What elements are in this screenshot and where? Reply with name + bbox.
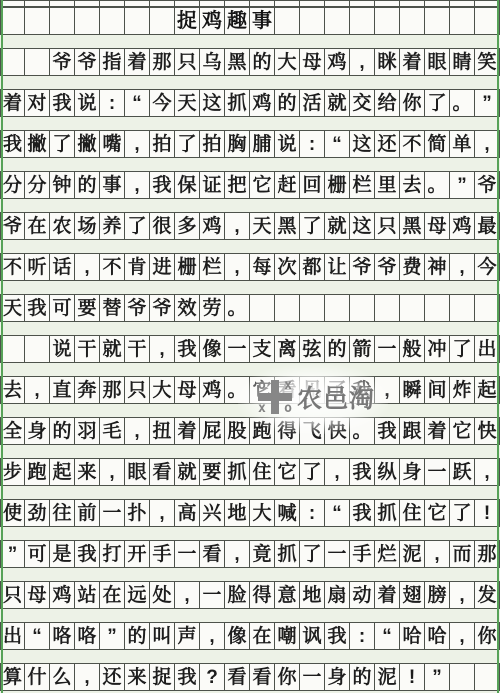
- grid-cell: 冲: [425, 335, 450, 363]
- grid-cell: [275, 0, 300, 7]
- grid-cell: 还: [375, 130, 400, 158]
- grid-cell: 的: [275, 89, 300, 117]
- grid-cell: [450, 0, 475, 7]
- grid-cell: 扭: [150, 417, 175, 445]
- grid-cell: 脸: [225, 581, 250, 609]
- grid-cell: ,: [350, 48, 375, 76]
- grid-cell: 很: [150, 212, 175, 240]
- grid-cell: 农: [50, 212, 75, 240]
- grid-cell: 鸡: [200, 376, 225, 404]
- grid-cell: [275, 7, 300, 35]
- grid-cell: 进: [150, 253, 175, 281]
- grid-cell: 只: [375, 212, 400, 240]
- grid-cell: ”: [450, 171, 475, 199]
- grid-cell: [150, 0, 175, 7]
- grid-cell: 拍: [200, 130, 225, 158]
- grid-cell: 爷: [0, 212, 25, 240]
- grid-cell: 钟: [50, 171, 75, 199]
- grid-cell: ,: [450, 253, 475, 281]
- grid-cell: [200, 0, 225, 7]
- grid-cell: ,: [75, 253, 100, 281]
- grid-cell: 费: [400, 253, 425, 281]
- text-row: 说干就干,我像一支离弦的箭一般冲了出: [0, 335, 500, 363]
- text-row: 爷在农场养了很多鸡,天黑了就这只黑母鸡最: [0, 212, 500, 240]
- grid-cell: [375, 7, 400, 35]
- grid-cell: 了: [425, 89, 450, 117]
- grid-cell: 回: [300, 171, 325, 199]
- grid-cell: 看: [150, 458, 175, 486]
- grid-cell: 得: [275, 417, 300, 445]
- title-cell: 鸡: [200, 7, 225, 35]
- grid-cell: 住: [400, 499, 425, 527]
- row-spacer: [0, 363, 500, 376]
- grid-cell: 着: [0, 89, 25, 117]
- grid-cell: 泥: [375, 663, 400, 691]
- grid-cell: 咯: [75, 622, 100, 650]
- grid-cell: 意: [275, 581, 300, 609]
- grid-cell: 大: [275, 48, 300, 76]
- text-row: 只母鸡站在远处,一脸得意地扇动着翅膀,发: [0, 581, 500, 609]
- grid-cell: 它: [425, 499, 450, 527]
- grid-cell: 讽: [300, 622, 325, 650]
- grid-cell: 跑: [250, 417, 275, 445]
- grid-cell: 给: [375, 89, 400, 117]
- grid-cell: 只: [125, 376, 150, 404]
- grid-cell: 羽: [75, 417, 100, 445]
- grid-cell: [350, 0, 375, 7]
- grid-cell: 直: [50, 376, 75, 404]
- grid-cell: 毛: [100, 417, 125, 445]
- grid-cell: 多: [175, 212, 200, 240]
- title-cell: 趣: [225, 7, 250, 35]
- grid-cell: 一: [325, 540, 350, 568]
- grid-cell: 只: [175, 48, 200, 76]
- grid-cell: [350, 294, 375, 322]
- text-row: 去,直奔那只大母鸡。它看见了我,瞬间炸起: [0, 376, 500, 404]
- grid-cell: 每: [250, 253, 275, 281]
- grid-cell: 弦: [300, 335, 325, 363]
- grid-cell: ”: [100, 622, 125, 650]
- grid-cell: ,: [125, 417, 150, 445]
- grid-cell: 撇: [75, 130, 100, 158]
- grid-cell: 了: [125, 212, 150, 240]
- grid-cell: 它: [275, 458, 300, 486]
- grid-cell: 说: [275, 130, 300, 158]
- grid-cell: ,: [425, 540, 450, 568]
- grid-cell: 的: [350, 663, 375, 691]
- grid-cell: 扇: [325, 581, 350, 609]
- grid-cell: [125, 7, 150, 35]
- title-cell: 事: [250, 7, 275, 35]
- grid-cell: [400, 294, 425, 322]
- grid-cell: :: [300, 130, 325, 158]
- grid-cell: ,: [125, 171, 150, 199]
- grid-cell: 去: [400, 171, 425, 199]
- grid-cell: 把: [225, 171, 250, 199]
- grid-cell: 看: [225, 663, 250, 691]
- grid-cell: 的: [50, 417, 75, 445]
- grid-cell: 黑: [400, 212, 425, 240]
- grid-cell: 鸡: [250, 89, 275, 117]
- grid-cell: 不: [400, 130, 425, 158]
- grid-cell: 打: [100, 540, 125, 568]
- grid-cell: 炸: [450, 376, 475, 404]
- grid-cell: 天: [0, 294, 25, 322]
- row-spacer: [0, 527, 500, 540]
- row-spacer: [0, 650, 500, 663]
- grid-cell: 鸡: [200, 212, 225, 240]
- grid-cell: 不: [0, 253, 25, 281]
- grid-cell: 咯: [50, 622, 75, 650]
- watermark-logo-icon: o x x o: [258, 380, 292, 414]
- grid-cell: 让: [325, 253, 350, 281]
- grid-cell: 眼: [125, 458, 150, 486]
- grid-cell: 分: [0, 171, 25, 199]
- grid-cell: 天: [250, 212, 275, 240]
- watermark: o x x o 农邑淘: [258, 378, 375, 416]
- text-row: 着对我说:“今天这抓鸡的活就交给你了。”: [0, 89, 500, 117]
- grid-cell: 往: [50, 499, 75, 527]
- grid-cell: [0, 48, 25, 76]
- grid-cell: 都: [300, 253, 325, 281]
- grid-cell: 纵: [375, 458, 400, 486]
- grid-cell: 了: [50, 130, 75, 158]
- grid-cell: 的: [250, 48, 275, 76]
- row-spacer: [0, 281, 500, 294]
- grid-cell: 眼: [425, 48, 450, 76]
- grid-cell: 般: [400, 335, 425, 363]
- grid-cell: ,: [225, 253, 250, 281]
- grid-cell: 。: [450, 89, 475, 117]
- grid-cell: 快: [325, 417, 350, 445]
- grid-cell: 使: [0, 499, 25, 527]
- row-spacer: [0, 322, 500, 335]
- logo-letter: x: [258, 402, 266, 415]
- grid-cell: 我: [150, 171, 175, 199]
- grid-cell: 乌: [200, 48, 225, 76]
- grid-cell: 在: [250, 622, 275, 650]
- grid-cell: [100, 7, 125, 35]
- text-row: ”可是我打开手一看,竟抓了一手烂泥,而那: [0, 540, 500, 568]
- text-row: 步跑起来,眼看就要抓住它了,我纵身一跃,: [0, 458, 500, 486]
- grid-cell: 干: [75, 335, 100, 363]
- row-spacer: [0, 486, 500, 499]
- grid-cell: 我: [25, 294, 50, 322]
- grid-cell: !: [400, 663, 425, 691]
- grid-cell: [0, 335, 25, 363]
- grid-cell: 来: [75, 458, 100, 486]
- grid-cell: 飞: [300, 417, 325, 445]
- grid-cell: 我: [350, 499, 375, 527]
- grid-cell: :: [350, 622, 375, 650]
- grid-cell: 股: [225, 417, 250, 445]
- grid-cell: 神: [425, 253, 450, 281]
- grid-cell: 步: [0, 458, 25, 486]
- grid-cell: 单: [450, 130, 475, 158]
- right-margin-line: [497, 0, 499, 693]
- grid-cell: 看: [200, 540, 225, 568]
- row-spacer: [0, 199, 500, 212]
- grid-cell: 抓: [275, 540, 300, 568]
- grid-cell: 着: [175, 417, 200, 445]
- grid-cell: 劳: [200, 294, 225, 322]
- grid-cell: 它: [450, 417, 475, 445]
- grid-cell: 我: [350, 458, 375, 486]
- grid-cell: 声: [175, 622, 200, 650]
- text-row: 爷爷指着那只乌黑的大母鸡,眯着眼睛笑: [0, 48, 500, 76]
- grid-cell: 叫: [150, 622, 175, 650]
- grid-cell: 交: [350, 89, 375, 117]
- grid-cell: 栏: [350, 171, 375, 199]
- row-spacer: [0, 35, 500, 48]
- composition-grid: 捉鸡趣事爷爷指着那只乌黑的大母鸡,眯着眼睛笑着对我说:“今天这抓鸡的活就交给你了…: [0, 0, 500, 693]
- grid-cell: 就: [325, 212, 350, 240]
- grid-cell: 泥: [400, 540, 425, 568]
- grid-cell: 了: [450, 335, 475, 363]
- grid-cell: 我: [175, 335, 200, 363]
- grid-cell: 活: [300, 89, 325, 117]
- text-row: 出“咯咯”的叫声,像在嘲讽我:“哈哈,你: [0, 622, 500, 650]
- grid-cell: 离: [275, 335, 300, 363]
- grid-cell: 栅: [175, 253, 200, 281]
- grid-cell: 跑: [25, 458, 50, 486]
- text-row: 全身的羽毛,扭着屁股跑得飞快。我跟着它快: [0, 417, 500, 445]
- grid-cell: 看: [250, 663, 275, 691]
- grid-cell: [225, 0, 250, 7]
- grid-cell: 是: [50, 540, 75, 568]
- grid-cell: 我: [75, 540, 100, 568]
- grid-cell: 拍: [150, 130, 175, 158]
- partial-top-row: [0, 0, 500, 7]
- text-row: 使劲往前一扑,高兴地大喊:“我抓住它了!: [0, 499, 500, 527]
- grid-cell: 我: [175, 663, 200, 691]
- grid-cell: 哈: [400, 622, 425, 650]
- grid-cell: 一: [300, 663, 325, 691]
- grid-cell: 。: [225, 294, 250, 322]
- grid-cell: 抓: [225, 458, 250, 486]
- row-spacer: [0, 240, 500, 253]
- grid-cell: 得: [250, 581, 275, 609]
- grid-cell: 简: [425, 130, 450, 158]
- grid-cell: 里: [375, 171, 400, 199]
- grid-cell: 说: [75, 89, 100, 117]
- grid-cell: [75, 0, 100, 7]
- grid-cell: 竟: [250, 540, 275, 568]
- grid-cell: 远: [125, 581, 150, 609]
- grid-cell: 一: [175, 540, 200, 568]
- text-row: 我撇了撇嘴,拍了拍胸脯说:“这还不简单,: [0, 130, 500, 158]
- grid-cell: 保: [175, 171, 200, 199]
- grid-cell: [325, 0, 350, 7]
- composition-paper-photo: 捉鸡趣事爷爷指着那只乌黑的大母鸡,眯着眼睛笑着对我说:“今天这抓鸡的活就交给你了…: [0, 0, 500, 693]
- grid-cell: 算: [0, 663, 25, 691]
- grid-cell: 抓: [225, 89, 250, 117]
- grid-cell: 爷: [125, 294, 150, 322]
- grid-cell: 撇: [25, 130, 50, 158]
- grid-cell: 这: [350, 130, 375, 158]
- grid-cell: 你: [400, 89, 425, 117]
- text-row: 算什么,还来捉我?看看你一身的泥!”: [0, 663, 500, 691]
- grid-cell: 了: [175, 130, 200, 158]
- grid-cell: 扑: [125, 499, 150, 527]
- grid-cell: ,: [150, 499, 175, 527]
- grid-cell: 母: [175, 376, 200, 404]
- grid-cell: [50, 7, 75, 35]
- grid-cell: 次: [275, 253, 300, 281]
- grid-cell: 我: [325, 622, 350, 650]
- grid-cell: 鸡: [50, 581, 75, 609]
- grid-cell: 养: [100, 212, 125, 240]
- grid-cell: [250, 294, 275, 322]
- grid-cell: 身: [400, 458, 425, 486]
- grid-cell: 肯: [125, 253, 150, 281]
- grid-cell: “: [375, 622, 400, 650]
- grid-cell: [375, 294, 400, 322]
- row-spacer: [0, 158, 500, 171]
- grid-cell: [250, 0, 275, 7]
- grid-cell: ,: [225, 540, 250, 568]
- grid-cell: 指: [100, 48, 125, 76]
- grid-cell: [300, 7, 325, 35]
- logo-letter: o: [284, 402, 292, 415]
- grid-cell: 替: [100, 294, 125, 322]
- row-spacer: [0, 117, 500, 130]
- grid-cell: [275, 294, 300, 322]
- left-margin-line: [1, 0, 3, 693]
- grid-cell: 跃: [450, 458, 475, 486]
- grid-cell: 。: [350, 417, 375, 445]
- grid-cell: 什: [25, 663, 50, 691]
- grid-cell: 只: [0, 581, 25, 609]
- grid-cell: 黑: [225, 48, 250, 76]
- grid-cell: :: [300, 499, 325, 527]
- text-row: 分分钟的事,我保证把它赶回栅栏里去。”爷: [0, 171, 500, 199]
- grid-cell: 去: [0, 376, 25, 404]
- grid-cell: [450, 294, 475, 322]
- grid-cell: 眯: [375, 48, 400, 76]
- grid-cell: ,: [450, 622, 475, 650]
- grid-cell: [100, 0, 125, 7]
- plus-icon: [271, 380, 279, 414]
- grid-cell: 母: [425, 212, 450, 240]
- grid-cell: “: [125, 89, 150, 117]
- title-cell: 捉: [175, 7, 200, 35]
- row-spacer: [0, 404, 500, 417]
- text-row: 不听话,不肯进栅栏,每次都让爷爷费神,今: [0, 253, 500, 281]
- grid-cell: 那: [150, 48, 175, 76]
- grid-cell: 爷: [150, 294, 175, 322]
- grid-cell: ,: [375, 376, 400, 404]
- grid-cell: [75, 7, 100, 35]
- grid-cell: 在: [25, 212, 50, 240]
- grid-cell: 喊: [275, 499, 300, 527]
- grid-cell: 这: [200, 89, 225, 117]
- grid-cell: 膀: [425, 581, 450, 609]
- grid-cell: ,: [200, 622, 225, 650]
- grid-cell: 天: [175, 89, 200, 117]
- grid-cell: 栅: [325, 171, 350, 199]
- grid-cell: [0, 0, 25, 7]
- grid-cell: 烂: [375, 540, 400, 568]
- grid-cell: [450, 663, 475, 691]
- logo-letter: o: [258, 379, 266, 392]
- grid-cell: 瞬: [400, 376, 425, 404]
- grid-cell: 就: [175, 458, 200, 486]
- grid-cell: 的: [125, 622, 150, 650]
- grid-cell: 前: [75, 499, 100, 527]
- grid-cell: 我: [375, 417, 400, 445]
- grid-cell: ,: [450, 581, 475, 609]
- grid-cell: 奔: [75, 376, 100, 404]
- grid-cell: ,: [125, 130, 150, 158]
- grid-cell: [325, 7, 350, 35]
- grid-cell: [25, 0, 50, 7]
- grid-cell: 抓: [375, 499, 400, 527]
- grid-cell: [400, 0, 425, 7]
- grid-cell: [400, 7, 425, 35]
- grid-cell: 手: [350, 540, 375, 568]
- grid-cell: 支: [250, 335, 275, 363]
- grid-cell: 一: [200, 581, 225, 609]
- grid-cell: 干: [125, 335, 150, 363]
- grid-cell: 一: [425, 458, 450, 486]
- grid-cell: 效: [175, 294, 200, 322]
- grid-cell: 话: [50, 253, 75, 281]
- grid-cell: [125, 0, 150, 7]
- row-spacer: [0, 445, 500, 458]
- grid-cell: 哈: [425, 622, 450, 650]
- grid-cell: [300, 0, 325, 7]
- grid-cell: 了: [300, 458, 325, 486]
- grid-cell: 。: [425, 171, 450, 199]
- grid-cell: 嘴: [100, 130, 125, 158]
- grid-cell: [50, 0, 75, 7]
- grid-cell: 你: [275, 663, 300, 691]
- grid-cell: 鸡: [325, 48, 350, 76]
- grid-cell: 要: [75, 294, 100, 322]
- grid-cell: 母: [25, 581, 50, 609]
- grid-cell: 劲: [25, 499, 50, 527]
- grid-cell: 兴: [200, 499, 225, 527]
- grid-cell: 手: [150, 540, 175, 568]
- grid-cell: “: [325, 499, 350, 527]
- grid-cell: 就: [325, 89, 350, 117]
- grid-cell: [450, 7, 475, 35]
- grid-cell: [0, 7, 25, 35]
- grid-cell: 大: [150, 376, 175, 404]
- grid-cell: 间: [425, 376, 450, 404]
- grid-cell: [25, 335, 50, 363]
- grid-cell: 赶: [275, 171, 300, 199]
- grid-cell: 全: [0, 417, 25, 445]
- grid-cell: 我: [0, 130, 25, 158]
- grid-cell: 还: [100, 663, 125, 691]
- grid-cell: 要: [200, 458, 225, 486]
- grid-cell: 么: [50, 663, 75, 691]
- grid-cell: 着: [400, 48, 425, 76]
- grid-cell: ,: [100, 458, 125, 486]
- grid-cell: 开: [125, 540, 150, 568]
- grid-cell: ,: [25, 376, 50, 404]
- row-spacer: [0, 609, 500, 622]
- grid-cell: 高: [175, 499, 200, 527]
- grid-cell: 爷: [375, 253, 400, 281]
- grid-cell: 母: [300, 48, 325, 76]
- grid-cell: 我: [50, 89, 75, 117]
- grid-cell: 爷: [350, 253, 375, 281]
- grid-cell: ”: [0, 540, 25, 568]
- grid-cell: 睛: [450, 48, 475, 76]
